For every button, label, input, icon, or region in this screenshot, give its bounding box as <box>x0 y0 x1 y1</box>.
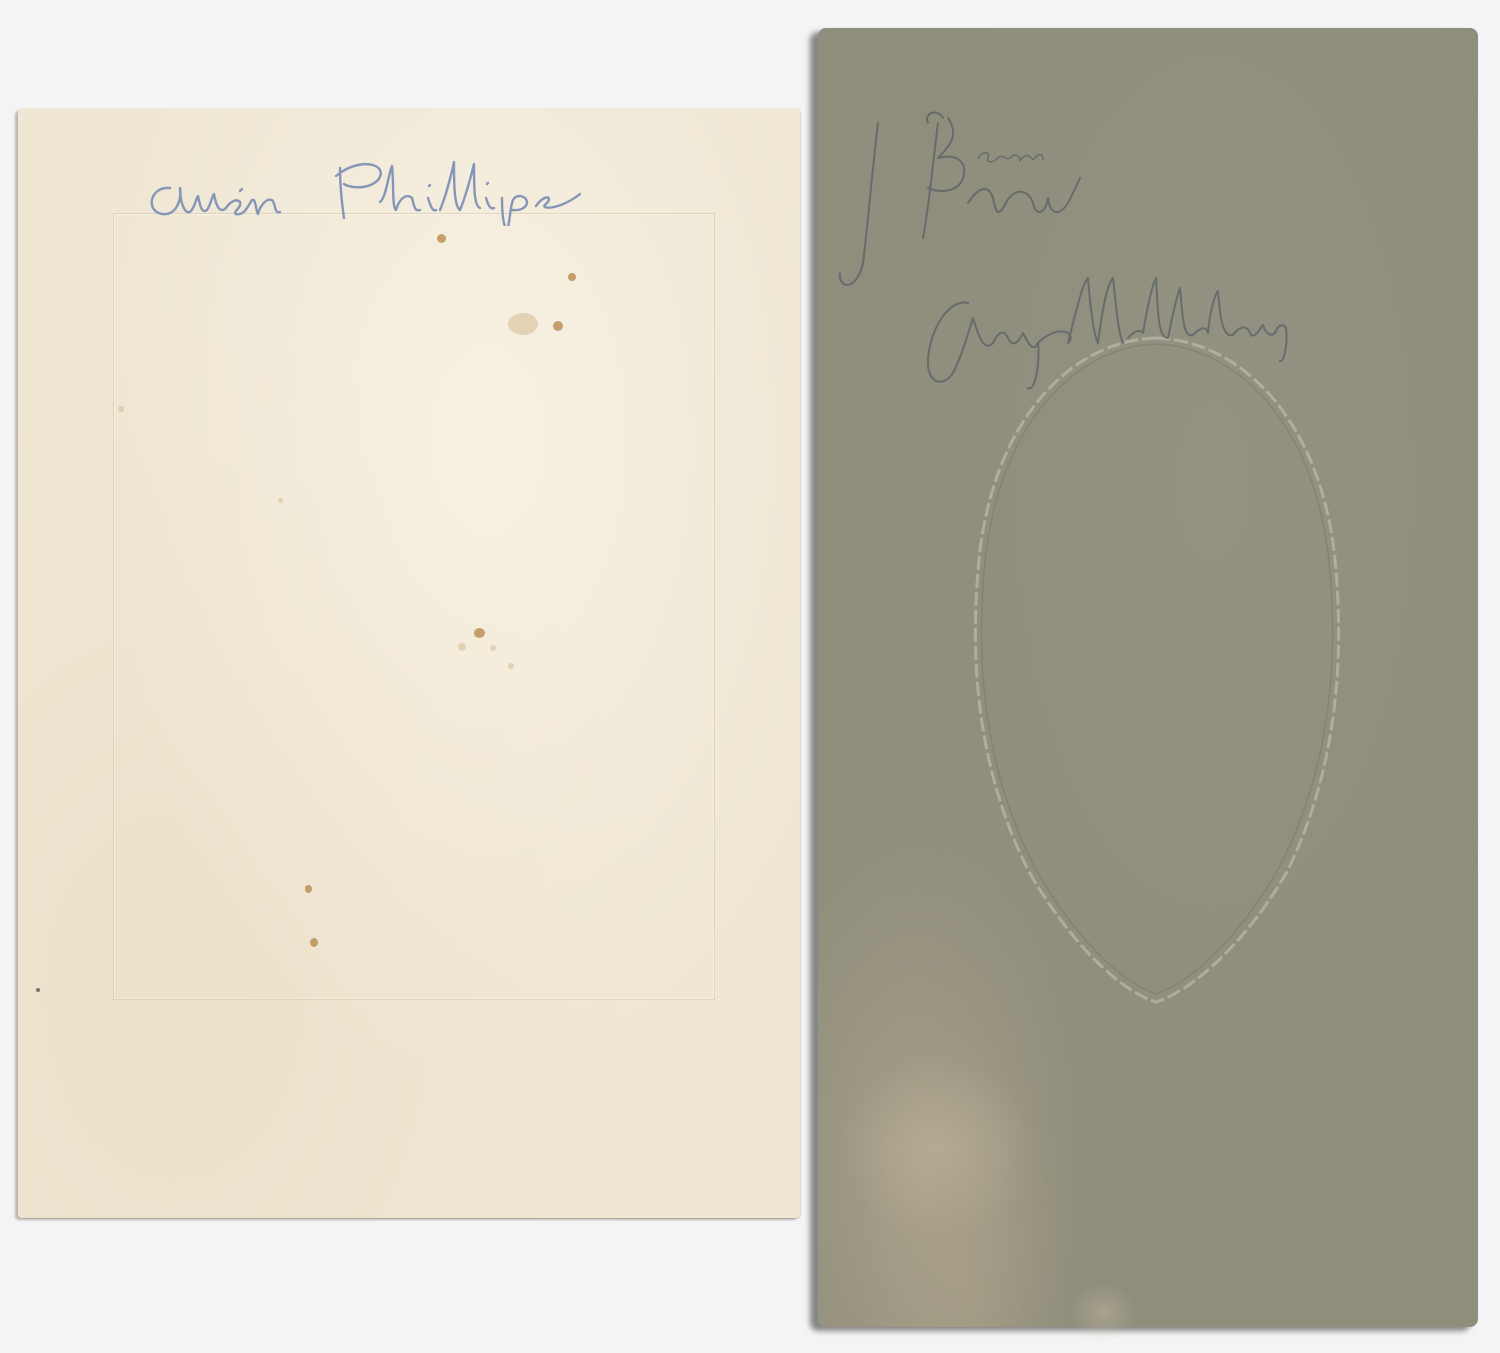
worn-abrasion-patch <box>1068 1283 1138 1343</box>
foxing-spot <box>553 321 563 331</box>
inscription-text-left: Awen Phillips <box>18 108 19 109</box>
left-photo-card-back: Awen Phillips <box>18 108 800 1218</box>
foxing-spot <box>118 406 124 412</box>
stain-patch <box>508 313 538 335</box>
inscription-text-right-superscript: evans <box>818 28 819 29</box>
foxing-spot <box>278 498 283 503</box>
inscription-text-right-line1: J. Knaw <box>818 28 819 29</box>
foxing-spot <box>568 273 576 281</box>
foxing-spot <box>305 885 312 893</box>
foxing-spot <box>508 663 514 669</box>
foxing-spot <box>474 628 485 638</box>
inscription-text-right-line2: Jenny Middleburg <box>818 28 819 29</box>
handwritten-inscription-right <box>828 103 1468 443</box>
embossed-rectangle-border <box>113 213 715 1000</box>
right-photo-card-back: J. Knaw evans Jenny Middleburg <box>818 28 1478 1327</box>
foxing-spot <box>490 645 496 651</box>
worn-abrasion-patch <box>838 1058 1038 1238</box>
foxing-spot <box>310 938 318 947</box>
dark-speck <box>36 988 40 992</box>
handwritten-inscription-left <box>140 136 610 226</box>
foxing-spot <box>437 234 446 243</box>
foxing-spot <box>458 643 466 651</box>
